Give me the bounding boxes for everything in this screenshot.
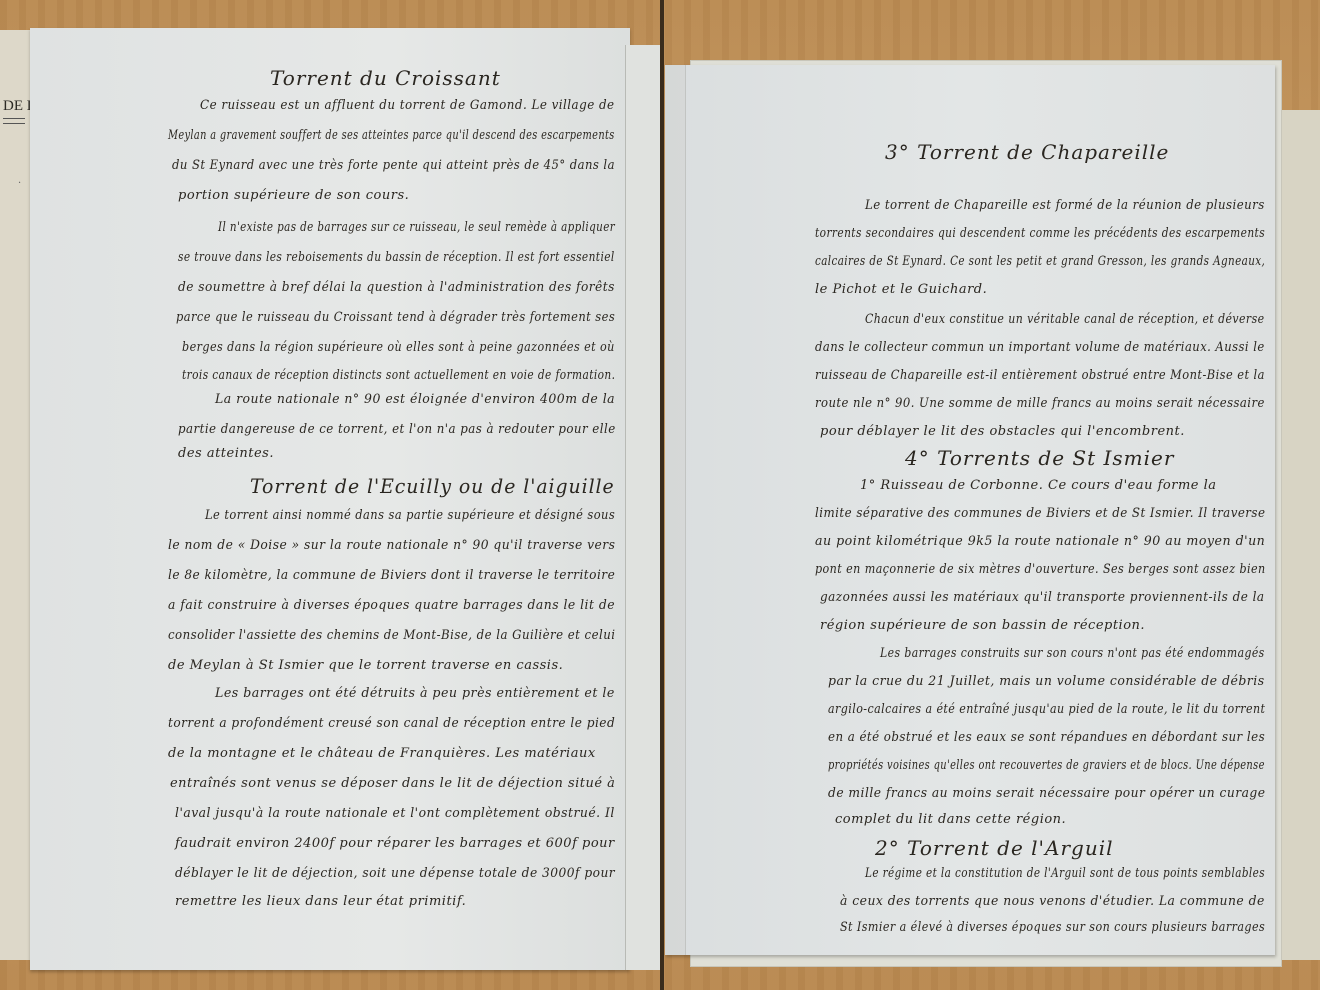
text-line: Le torrent ainsi nommé dans sa partie su… xyxy=(205,508,615,523)
text-line: Les barrages construits sur son cours n'… xyxy=(880,646,1265,661)
section-title: 4° Torrents de St Ismier xyxy=(905,446,1174,470)
text-line: Il n'existe pas de barrages sur ce ruiss… xyxy=(218,220,615,235)
text-line: trois canaux de réception distincts sont… xyxy=(182,368,615,383)
text-line: au point kilométrique 9k5 la route natio… xyxy=(815,534,1265,549)
section-title: 3° Torrent de Chapareille xyxy=(885,140,1169,164)
text-line: à ceux des torrents que nous venons d'ét… xyxy=(840,894,1265,909)
text-line: propriétés voisines qu'elles ont recouve… xyxy=(828,758,1265,773)
text-line: complet du lit dans cette région. xyxy=(835,812,1066,827)
text-line: de mille francs au moins serait nécessai… xyxy=(828,786,1265,801)
text-line: le nom de « Doise » sur la route nationa… xyxy=(168,538,615,553)
text-line: faudrait environ 2400f pour réparer les … xyxy=(175,836,615,851)
text-line: Chacun d'eux constitue un véritable cana… xyxy=(865,312,1265,327)
text-line: consolider l'assiette des chemins de Mon… xyxy=(168,628,615,643)
text-line: pont en maçonnerie de six mètres d'ouver… xyxy=(815,562,1266,577)
text-line: partie dangereuse de ce torrent, et l'on… xyxy=(178,422,616,437)
text-line: région supérieure de son bassin de récep… xyxy=(820,618,1145,633)
text-line: 1° Ruisseau de Corbonne. Ce cours d'eau … xyxy=(860,478,1217,493)
text-line: le 8e kilomètre, la commune de Biviers d… xyxy=(168,568,615,583)
text-line: déblayer le lit de déjection, soit une d… xyxy=(175,866,615,881)
text-line: St Ismier a élevé à diverses époques sur… xyxy=(840,920,1265,935)
text-line: de soumettre à bref délai la question à … xyxy=(178,280,615,295)
text-line: a fait construire à diverses époques qua… xyxy=(168,598,615,613)
margin-mark: · xyxy=(18,178,21,189)
text-line: torrents secondaires qui descendent comm… xyxy=(815,226,1265,241)
text-line: route nle n° 90. Une somme de mille fran… xyxy=(815,396,1265,411)
text-line: en a été obstrué et les eaux se sont rép… xyxy=(828,730,1265,745)
text-line: argilo-calcaires a été entraîné jusqu'au… xyxy=(828,702,1265,717)
text-line: Les barrages ont été détruits à peu près… xyxy=(215,686,615,701)
text-line: Le torrent de Chapareille est formé de l… xyxy=(865,198,1265,213)
text-line: Le régime et la constitution de l'Arguil… xyxy=(865,866,1265,881)
text-line: gazonnées aussi les matériaux qu'il tran… xyxy=(820,590,1265,605)
right-page-fold xyxy=(665,65,686,955)
text-line: parce que le ruisseau du Croissant tend … xyxy=(176,310,615,325)
section-title: Torrent du Croissant xyxy=(270,66,501,90)
printed-double-rule xyxy=(3,118,25,124)
text-line: le Pichot et le Guichard. xyxy=(815,282,987,297)
book-gutter xyxy=(660,0,664,990)
text-line: calcaires de St Eynard. Ce sont les peti… xyxy=(815,254,1265,269)
text-line: de Meylan à St Ismier que le torrent tra… xyxy=(168,658,563,673)
left-page-inner-fold xyxy=(625,45,661,970)
text-line: l'aval jusqu'à la route nationale et l'o… xyxy=(175,806,615,821)
text-line: des atteintes. xyxy=(178,446,274,461)
text-line: remettre les lieux dans leur état primit… xyxy=(175,894,466,909)
text-line: ruisseau de Chapareille est-il entièreme… xyxy=(815,368,1265,383)
text-line: Meylan a gravement souffert de ses attei… xyxy=(168,128,615,143)
text-line: par la crue du 21 Juillet, mais un volum… xyxy=(828,674,1265,689)
text-line: se trouve dans les reboisements du bassi… xyxy=(178,250,615,265)
section-title: Torrent de l'Ecuilly ou de l'aiguille xyxy=(250,474,615,498)
text-line: torrent a profondément creusé son canal … xyxy=(168,716,615,731)
text-line: entraînés sont venus se déposer dans le … xyxy=(170,776,615,791)
text-line: La route nationale n° 90 est éloignée d'… xyxy=(215,392,615,407)
section-title: 2° Torrent de l'Arguil xyxy=(875,836,1114,860)
text-line: portion supérieure de son cours. xyxy=(178,188,409,203)
text-line: limite séparative des communes de Bivier… xyxy=(815,506,1265,521)
text-line: pour déblayer le lit des obstacles qui l… xyxy=(820,424,1185,439)
text-line: de la montagne et le château de Franquiè… xyxy=(168,746,596,761)
text-line: Ce ruisseau est un affluent du torrent d… xyxy=(200,98,615,113)
text-line: berges dans la région supérieure où elle… xyxy=(182,340,615,355)
text-line: du St Eynard avec une très forte pente q… xyxy=(172,158,615,173)
text-line: dans le collecteur commun un important v… xyxy=(815,340,1265,355)
